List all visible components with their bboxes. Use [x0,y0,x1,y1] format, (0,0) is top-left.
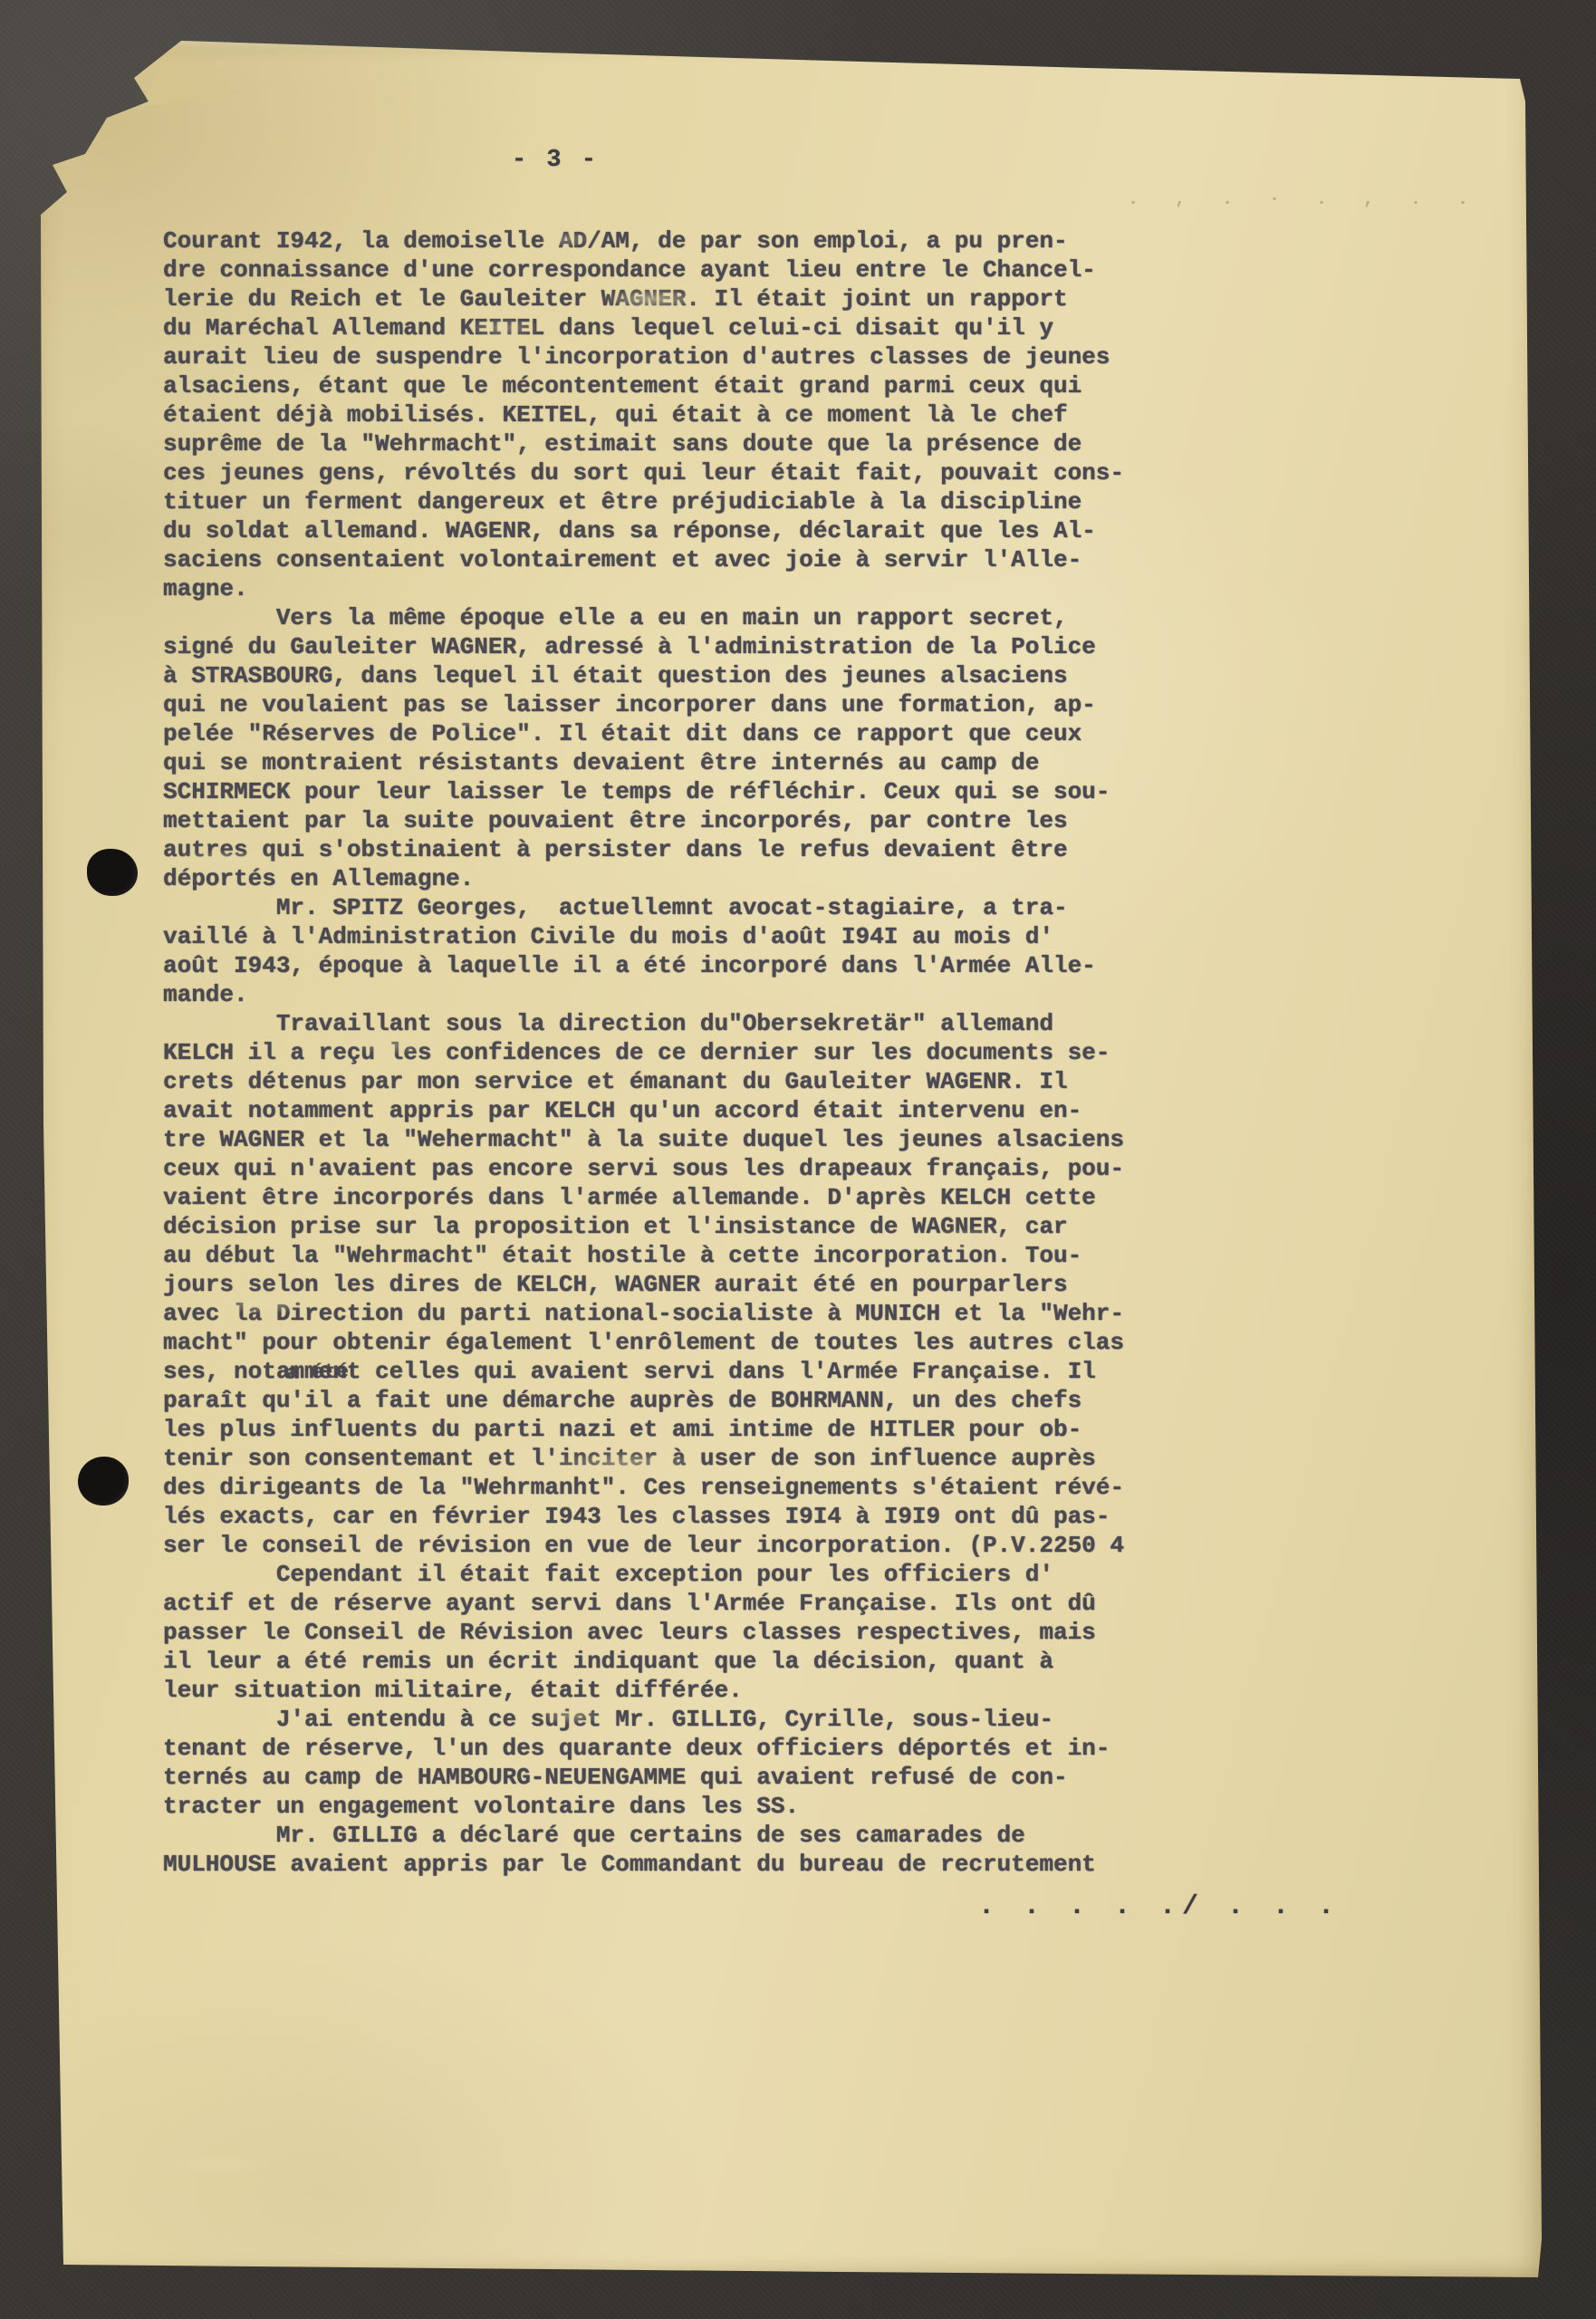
paragraph-7: Mr. GILLIG a déclaré que certains de ses… [163,1821,1449,1879]
continuation-mark: . . . . ./ . . . [978,1891,1449,1922]
paragraph-3: Mr. SPITZ Georges, actuellemnt avocat-st… [163,893,1449,1009]
page-number: - 3 - [512,147,599,174]
interline-insertion: a été [286,1362,349,1383]
paragraph-4: Travaillant sous la direction du"Obersek… [163,1009,1449,1560]
scan-backdrop: - 3 - . , . · . , . . Courant I942, la d… [0,0,1596,2319]
punch-hole-bottom [78,1457,129,1506]
typed-text-block: Courant I942, la demoiselle AD/AM, de pa… [163,226,1449,1922]
paragraph-2: Vers la même époque elle a eu en main un… [163,603,1449,893]
punch-hole-top [87,849,138,896]
paragraph-1: Courant I942, la demoiselle AD/AM, de pa… [163,226,1449,603]
document-page: - 3 - . , . · . , . . Courant I942, la d… [27,38,1544,2283]
paragraph-6: J'ai entendu à ce sujet Mr. GILLIG, Cyri… [163,1705,1449,1821]
paragraph-5: Cependant il était fait exception pour l… [163,1560,1449,1705]
faint-dot-impression: . , . · . , . . [1128,190,1481,210]
